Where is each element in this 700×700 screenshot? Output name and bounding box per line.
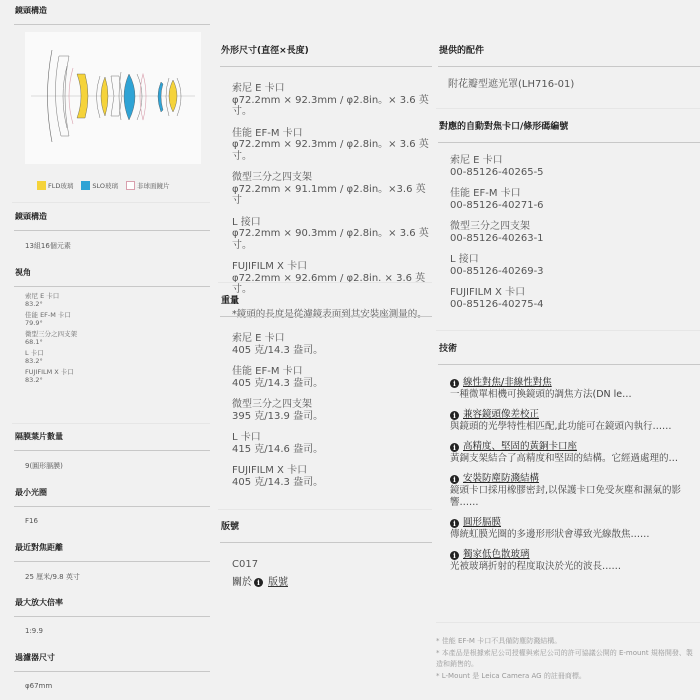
list-item: 微型三分之四支架φ72.2mm × 91.1mm / φ2.8in。×3.6 英… — [218, 172, 432, 207]
legend-label: SLO玻璃 — [92, 181, 118, 190]
diagram-legend: FLD玻璃 SLO玻璃 非球面鏡片 — [37, 181, 170, 190]
list-item: L 接口φ72.2mm × 90.3mm / φ2.8in。× 3.6 英寸。 — [218, 217, 432, 252]
divider — [436, 330, 700, 331]
divider — [438, 364, 700, 365]
list-item: 微型三分之四支架00-85126-40263-1 — [436, 221, 700, 244]
list-item: 索尼 E 卡口405 克/14.3 盎司。 — [218, 333, 432, 356]
section-title: 技術 — [436, 342, 700, 356]
tech-item: i兼容鏡頭像差校正 與鏡頭的光學特性相匹配,此功能可在鏡頭內執行…… — [436, 409, 700, 433]
section-angle-of-view: 視角 索尼 E 卡口83.2° 佳能 EF-M 卡口79.9° 微型三分之四支架… — [12, 266, 210, 384]
section-title: 鏡頭構造 — [12, 210, 210, 224]
tech-link[interactable]: 安裝防塵防濺結構 — [463, 473, 539, 485]
item-value: 83.2° — [25, 301, 210, 309]
section-title: 過濾器尺寸 — [12, 651, 210, 665]
item-label: 索尼 E 卡口 — [232, 83, 432, 95]
info-icon: i — [450, 475, 459, 484]
list-item: L 卡口83.2° — [12, 350, 210, 365]
section-filter-size: 過濾器尺寸 φ67mm — [12, 651, 210, 690]
list-item: FUJIFILM X 卡口405 克/14.3 盎司。 — [218, 465, 432, 488]
item-label: 佳能 EF-M 卡口 — [232, 128, 432, 140]
tech-item: i安裝防塵防濺結構 鏡頭卡口採用橡膠密封,以保護卡口免受灰塵和濕氣的影響…… — [436, 473, 700, 509]
divider — [218, 509, 432, 510]
section-title: 提供的配件 — [436, 44, 700, 58]
divider — [438, 142, 700, 143]
item-value: 79.9° — [25, 320, 210, 328]
item-value: 68.1° — [25, 339, 210, 347]
section-technology: 技術 i線性對焦/非線性對焦 一種微單相機可換鏡頭的調焦方法(DN le… i兼… — [436, 342, 700, 573]
item-value: 00-85126-40265-5 — [450, 167, 700, 179]
fld-swatch-icon — [37, 181, 46, 190]
divider — [14, 286, 210, 287]
tech-link[interactable]: 兼容鏡頭像差校正 — [463, 409, 539, 421]
divider — [220, 66, 432, 67]
item-value: 405 克/14.3 盎司。 — [232, 378, 432, 390]
tech-item: i獨家低色散玻璃 光被玻璃折射的程度取決於光的波長…… — [436, 549, 700, 573]
section-title: 最近對焦距離 — [12, 541, 210, 555]
tech-link[interactable]: 獨家低色散玻璃 — [463, 549, 530, 561]
footnote: * 佳能 EF-M 卡口不具備防塵防濺結構。 — [436, 636, 698, 648]
item-label: 微型三分之四支架 — [450, 221, 700, 233]
diaphragm-value: 9(圓形膈膜) — [12, 461, 210, 471]
item-label: 微型三分之四支架 — [25, 331, 210, 339]
info-icon: i — [450, 379, 459, 388]
tech-item: i圓形膈膜 傳統虹膜光圈的多邊形形狀會導致光線散焦…… — [436, 517, 700, 541]
divider — [12, 202, 210, 203]
item-value: 405 克/14.3 盎司。 — [232, 345, 432, 357]
item-label: FUJIFILM X 卡口 — [232, 261, 432, 273]
item-value: 00-85126-40263-1 — [450, 233, 700, 245]
slo-swatch-icon — [81, 181, 90, 190]
legend-aspherical: 非球面鏡片 — [126, 181, 170, 190]
tech-item: i高精度、堅固的黃銅卡口座 黃銅支架結合了高精度和堅固的結構。它經過處理的… — [436, 441, 700, 465]
item-label: 索尼 E 卡口 — [450, 155, 700, 167]
divider — [14, 561, 210, 562]
aspherical-swatch-icon — [126, 181, 135, 190]
item-label: FUJIFILM X 卡口 — [450, 287, 700, 299]
legend-label: 非球面鏡片 — [137, 181, 170, 190]
item-value: 395 克/13.9 盎司。 — [232, 411, 432, 423]
section-title: 外形尺寸(直徑×長度) — [218, 44, 432, 58]
about-prefix: 關於 — [232, 577, 252, 589]
info-icon: i — [254, 578, 263, 587]
footnotes: * 佳能 EF-M 卡口不具備防塵防濺結構。 * 本產品是根據索尼公司授權與索尼… — [436, 636, 698, 682]
divider — [14, 230, 210, 231]
section-min-focus: 最近對焦距離 25 厘米/9.8 英寸 — [12, 541, 210, 582]
section-weight: 重量 索尼 E 卡口405 克/14.3 盎司。 佳能 EF-M 卡口405 克… — [218, 294, 432, 488]
section-title-lens-diagram: 鏡頭構造 — [12, 4, 210, 18]
model-number: C017 — [218, 559, 432, 571]
section-min-aperture: 最小光圈 F16 — [12, 486, 210, 525]
section-title: 對應的自動對焦卡口/條形碼編號 — [436, 120, 700, 134]
item-value: φ72.2mm × 91.1mm / φ2.8in。×3.6 英寸 — [232, 184, 432, 207]
about-model: 關於 i 版號 — [218, 577, 432, 589]
divider — [12, 423, 210, 424]
section-accessories: 提供的配件 附花瓣型遮光罩(LH716-01) — [436, 44, 700, 91]
section-barcodes: 對應的自動對焦卡口/條形碼編號 索尼 E 卡口00-85126-40265-5 … — [436, 120, 700, 310]
item-value: 405 克/14.3 盎司。 — [232, 477, 432, 489]
tech-desc: 光被玻璃折射的程度取決於光的波長…… — [450, 561, 700, 573]
item-label: 佳能 EF-M 卡口 — [450, 188, 700, 200]
tech-desc: 傳統虹膜光圈的多邊形形狀會導致光線散焦…… — [450, 529, 700, 541]
divider — [14, 616, 210, 617]
legend-label: FLD玻璃 — [48, 181, 73, 190]
footnote: * 本產品是根據索尼公司授權與索尼公司的許可協議公開的 E-mount 規格開發… — [436, 648, 698, 671]
section-title: 重量 — [218, 294, 432, 308]
item-label: L 卡口 — [25, 350, 210, 358]
item-value: φ72.2mm × 92.6mm / φ2.8in. × 3.6 英寸。 — [232, 273, 432, 296]
tech-desc: 與鏡頭的光學特性相匹配,此功能可在鏡頭內執行…… — [450, 421, 700, 433]
section-title: 隔膜葉片數量 — [12, 430, 210, 444]
list-item: 佳能 EF-M 卡口79.9° — [12, 312, 210, 327]
tech-link[interactable]: 高精度、堅固的黃銅卡口座 — [463, 441, 577, 453]
item-value: φ72.2mm × 92.3mm / φ2.8in。× 3.6 英寸。 — [232, 139, 432, 162]
divider — [14, 24, 210, 25]
info-icon: i — [450, 443, 459, 452]
item-label: 佳能 EF-M 卡口 — [25, 312, 210, 320]
tech-desc: 一種微單相機可換鏡頭的調焦方法(DN le… — [450, 389, 700, 401]
min-aperture-value: F16 — [12, 517, 210, 525]
list-item: L 卡口415 克/14.6 盎司。 — [218, 432, 432, 455]
item-value: 415 克/14.6 盎司。 — [232, 444, 432, 456]
legend-slo: SLO玻璃 — [81, 181, 118, 190]
divider — [14, 506, 210, 507]
item-value: 00-85126-40275-4 — [450, 299, 700, 311]
item-label: 微型三分之四支架 — [232, 172, 432, 184]
info-icon: i — [450, 551, 459, 560]
lens-construction-diagram — [25, 32, 201, 164]
construction-value: 13組16個元素 — [12, 241, 210, 251]
filter-size-value: φ67mm — [12, 682, 210, 690]
divider — [436, 622, 700, 623]
footnote: * L-Mount 是 Leica Camera AG 的註冊商標。 — [436, 671, 698, 683]
divider — [218, 282, 432, 283]
item-value: 83.2° — [25, 358, 210, 366]
item-label: 索尼 E 卡口 — [232, 333, 432, 345]
tech-desc: 黃銅支架結合了高精度和堅固的結構。它經過處理的… — [450, 453, 700, 465]
tech-link[interactable]: 線性對焦/非線性對焦 — [463, 377, 552, 389]
item-label: FUJIFILM X 卡口 — [232, 465, 432, 477]
list-item: 索尼 E 卡口φ72.2mm × 92.3mm / φ2.8in。× 3.6 英… — [218, 83, 432, 118]
section-construction: 鏡頭構造 13組16個元素 — [12, 210, 210, 251]
tech-link[interactable]: 圓形膈膜 — [463, 517, 501, 529]
tech-desc: 鏡頭卡口採用橡膠密封,以保護卡口免受灰塵和濕氣的影響…… — [450, 485, 690, 509]
section-max-magnification: 最大放大倍率 1:9.9 — [12, 596, 210, 635]
section-dimensions: 外形尺寸(直徑×長度) 索尼 E 卡口φ72.2mm × 92.3mm / φ2… — [218, 44, 432, 320]
item-value: 83.2° — [25, 377, 210, 385]
item-label: FUJIFILM X 卡口 — [25, 369, 210, 377]
item-label: L 接口 — [450, 254, 700, 266]
section-diaphragm-blades: 隔膜葉片數量 9(圓形膈膜) — [12, 430, 210, 471]
item-value: φ72.2mm × 90.3mm / φ2.8in。× 3.6 英寸。 — [232, 228, 432, 251]
section-title: 最大放大倍率 — [12, 596, 210, 610]
list-item: 微型三分之四支架395 克/13.9 盎司。 — [218, 399, 432, 422]
section-title: 視角 — [12, 266, 210, 280]
list-item: 索尼 E 卡口00-85126-40265-5 — [436, 155, 700, 178]
info-icon: i — [450, 411, 459, 420]
section-title: 最小光圈 — [12, 486, 210, 500]
accessories-value: 附花瓣型遮光罩(LH716-01) — [436, 79, 700, 91]
list-item: 佳能 EF-M 卡口00-85126-40271-6 — [436, 188, 700, 211]
list-item: FUJIFILM X 卡口φ72.2mm × 92.6mm / φ2.8in. … — [218, 261, 432, 296]
divider — [220, 316, 432, 317]
section-title: 版號 — [218, 520, 432, 534]
max-magnification-value: 1:9.9 — [12, 627, 210, 635]
list-item: 佳能 EF-M 卡口405 克/14.3 盎司。 — [218, 366, 432, 389]
list-item: FUJIFILM X 卡口00-85126-40275-4 — [436, 287, 700, 310]
item-label: 索尼 E 卡口 — [25, 293, 210, 301]
item-label: 佳能 EF-M 卡口 — [232, 366, 432, 378]
about-model-link[interactable]: 版號 — [268, 577, 288, 589]
section-model: 版號 C017 關於 i 版號 — [218, 520, 432, 588]
list-item: 佳能 EF-M 卡口φ72.2mm × 92.3mm / φ2.8in。× 3.… — [218, 128, 432, 163]
divider — [436, 108, 700, 109]
item-value: φ72.2mm × 92.3mm / φ2.8in。× 3.6 英寸。 — [232, 95, 432, 118]
list-item: 微型三分之四支架68.1° — [12, 331, 210, 346]
list-item: 索尼 E 卡口83.2° — [12, 293, 210, 308]
item-value: 00-85126-40269-3 — [450, 266, 700, 278]
min-focus-value: 25 厘米/9.8 英寸 — [12, 572, 210, 582]
item-label: L 接口 — [232, 217, 432, 229]
divider — [438, 66, 700, 67]
legend-fld: FLD玻璃 — [37, 181, 73, 190]
info-icon: i — [450, 519, 459, 528]
item-label: 微型三分之四支架 — [232, 399, 432, 411]
list-item: L 接口00-85126-40269-3 — [436, 254, 700, 277]
item-label: L 卡口 — [232, 432, 432, 444]
list-item: FUJIFILM X 卡口83.2° — [12, 369, 210, 384]
tech-item: i線性對焦/非線性對焦 一種微單相機可換鏡頭的調焦方法(DN le… — [436, 377, 700, 401]
item-value: 00-85126-40271-6 — [450, 200, 700, 212]
divider — [14, 671, 210, 672]
divider — [14, 450, 210, 451]
divider — [220, 542, 432, 543]
